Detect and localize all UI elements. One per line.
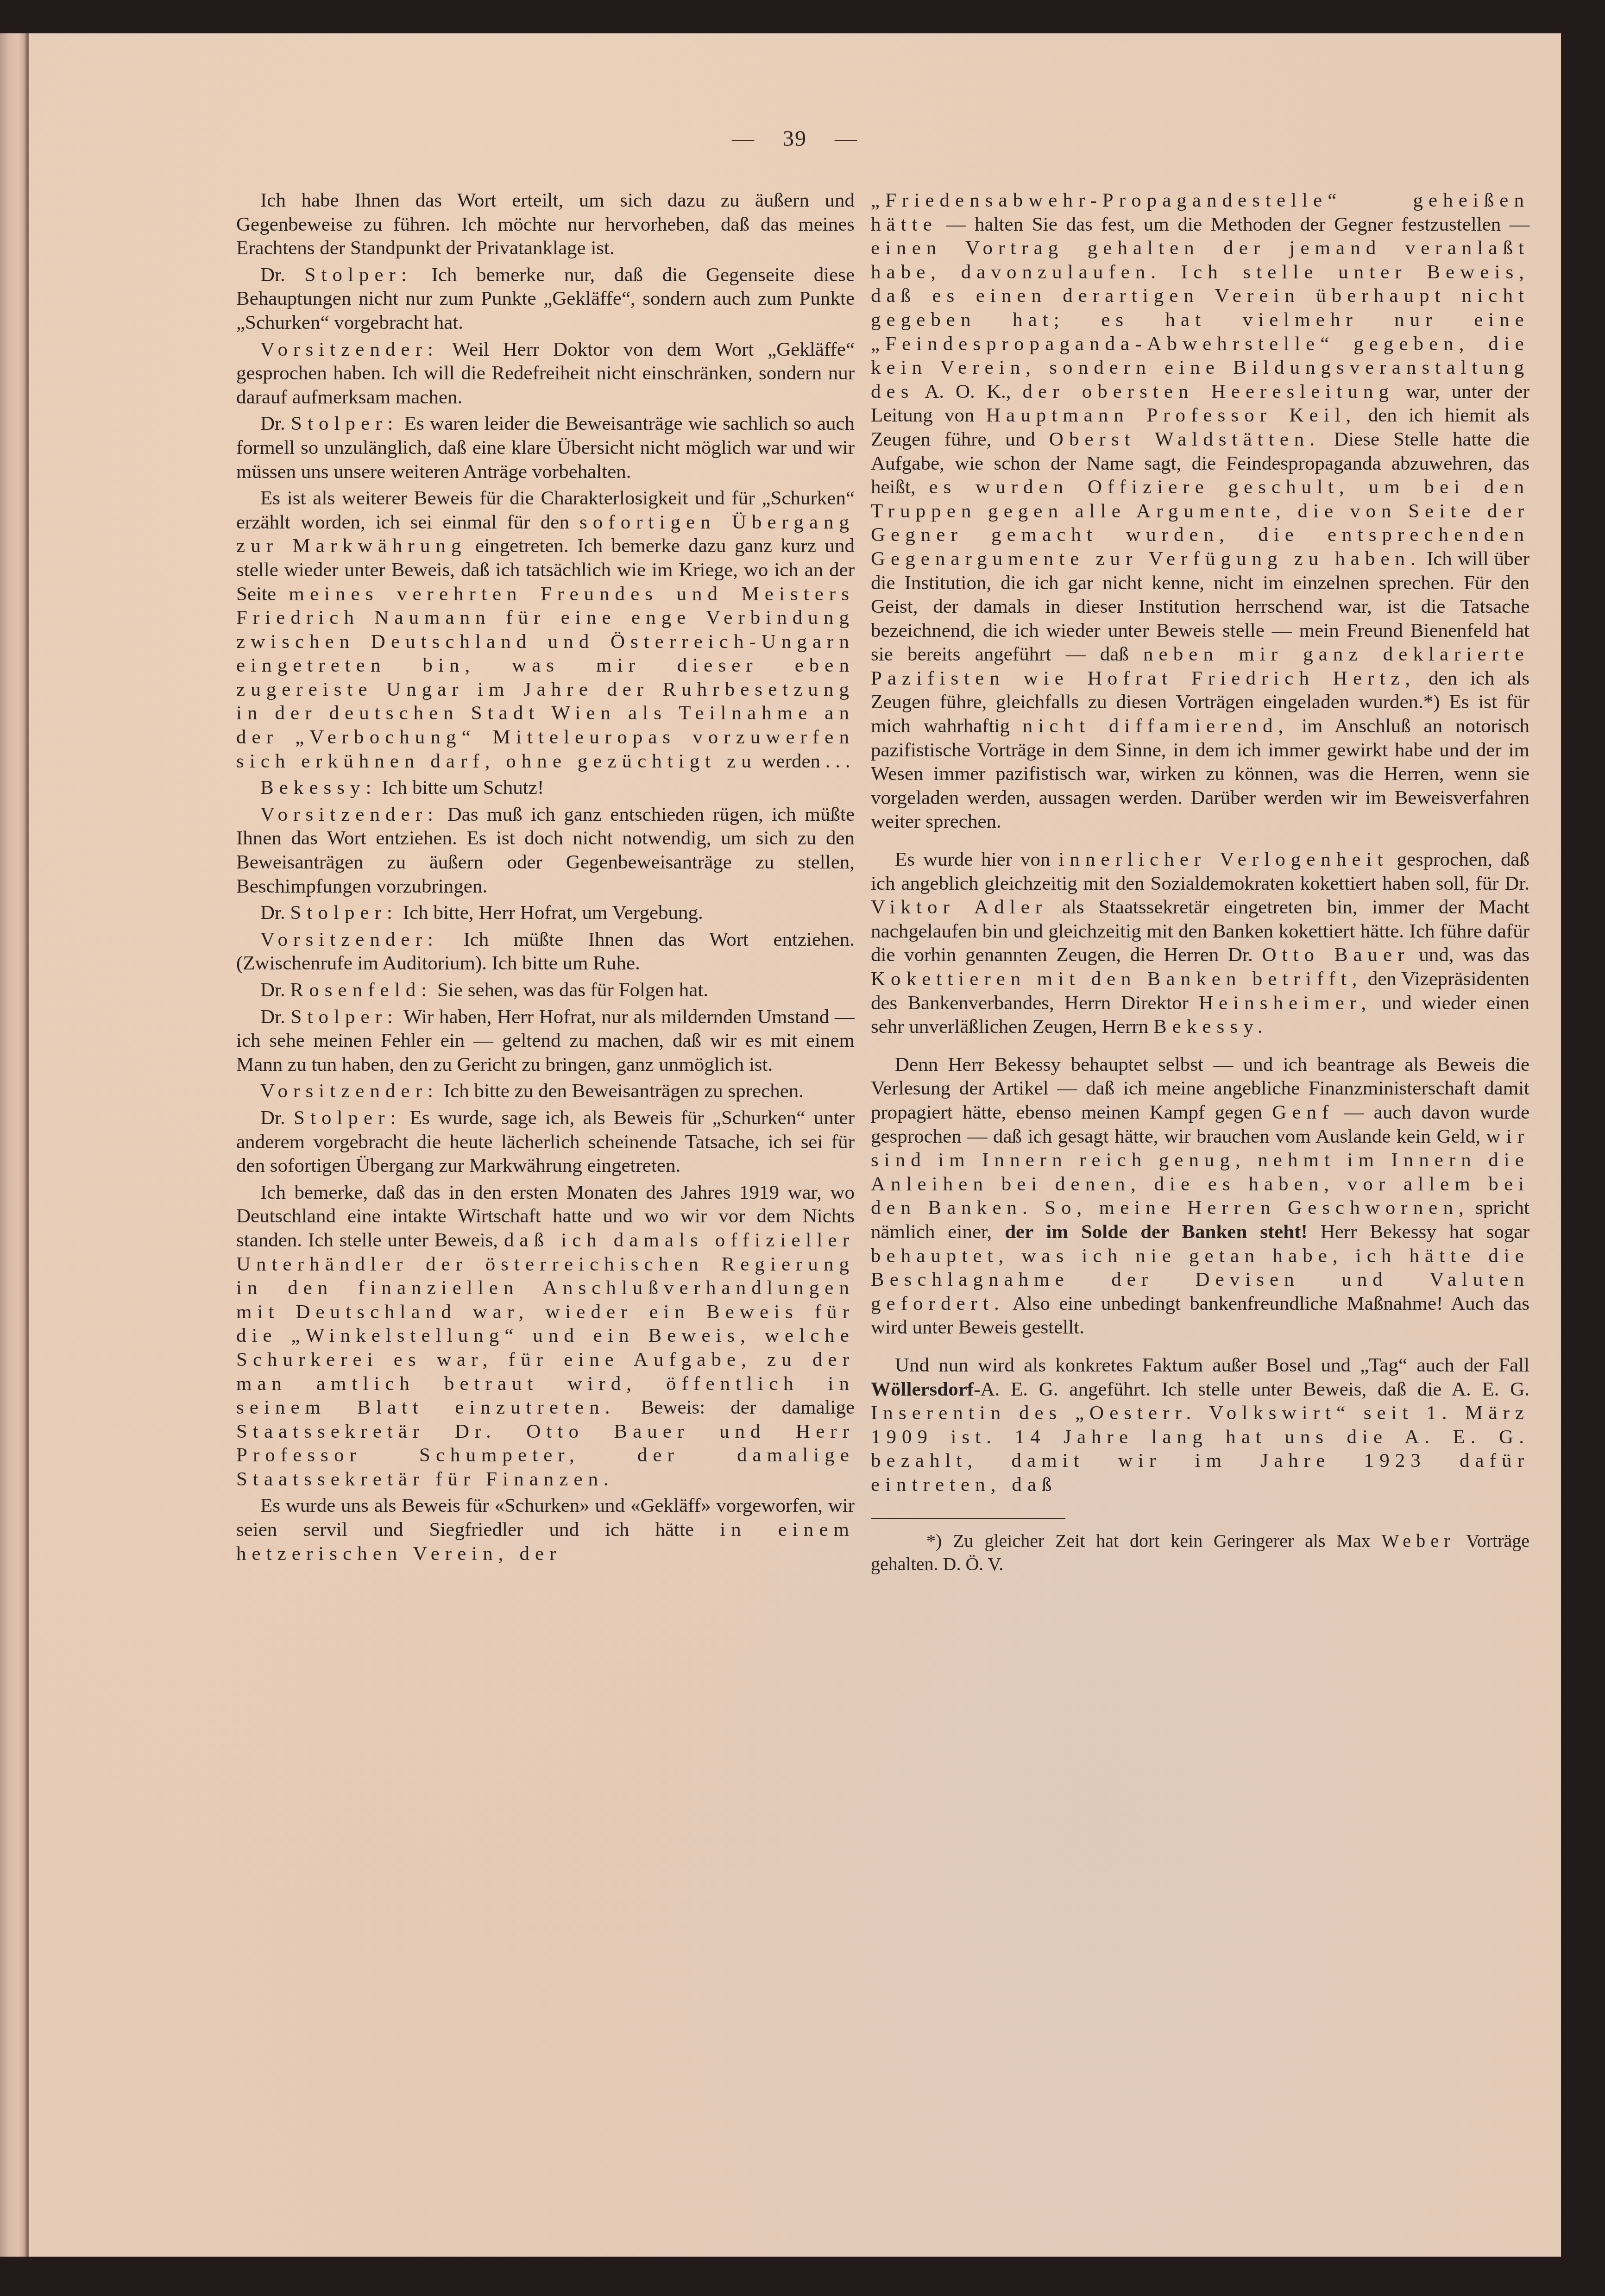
text-run: Es wurde hier von — [895, 849, 1058, 870]
emphasized-text: Bekessy: — [260, 777, 377, 799]
emphasized-text: Stolper: — [291, 1006, 398, 1028]
emphasized-text: der obersten Heeresleitung — [1023, 381, 1395, 403]
text-run: *) Zu gleicher Zeit hat dort kein Gering… — [926, 1530, 1382, 1551]
emphasized-text: Otto Bauer — [1262, 944, 1410, 966]
paragraph: Vorsitzender: Ich bitte zu den Beweisant… — [236, 1079, 855, 1103]
emphasized-text: Kokettieren mit den Banken betrifft, — [871, 968, 1362, 990]
page-number-dash-left: — — [732, 126, 755, 151]
text-run: Herr Bekessy hat sogar — [1308, 1221, 1529, 1243]
text-run: Dr. — [260, 979, 290, 1001]
paragraph: Dr. Stolper: Es waren leider die Beweisa… — [236, 412, 855, 484]
text-run: Dr. — [260, 413, 291, 434]
text-run: werden . . . — [757, 750, 850, 772]
emphasized-text: meines verehrten Freundes und Meisters F… — [236, 583, 855, 772]
emphasized-text: Genf — [1272, 1101, 1334, 1123]
emphasized-text: innerlicher Verlogenheit — [1058, 849, 1388, 870]
paragraph: Vorsitzender: Ich müßte Ihnen das Wort e… — [236, 928, 855, 975]
emphasized-text: Inserentin des „Oesterr. Volkswirt“ seit… — [871, 1402, 1529, 1496]
paragraph: Es ist als weiterer Beweis für die Chara… — [236, 486, 855, 773]
text-run: Ich bitte, Herr Hofrat, um Vergebung. — [398, 902, 703, 924]
emphasized-text: Heinsheimer, — [1199, 992, 1372, 1014]
footnote-rule — [871, 1518, 1065, 1519]
emphasized-text: Vorsitzender: — [260, 1080, 439, 1102]
page-number-dash-right: — — [835, 126, 858, 151]
text-run: Beweis: der damalige — [615, 1396, 855, 1418]
emphasized-text: daß ich damals offizieller Unterhändler … — [236, 1229, 855, 1418]
text-run: Und nun wird als konkretes Faktum außer … — [895, 1354, 1529, 1376]
emphasized-text: nicht diffamierend, — [1023, 715, 1289, 737]
emphasized-text: Oberst Waldstätten. — [1049, 428, 1320, 450]
paragraph: „Friedensabwehr-Propagandestelle“ geheiß… — [871, 189, 1529, 834]
text-run: -A. E. G. angeführt. Ich stelle unter Be… — [974, 1378, 1529, 1400]
paragraph: Bekessy: Ich bitte um Schutz! — [236, 776, 855, 800]
emphasized-text: Staatssekretär Dr. Otto Bauer und Herr P… — [236, 1421, 855, 1490]
bold-text: der im Solde der Banken steht! — [1005, 1221, 1308, 1243]
text-run: Sie sehen, was das für Folgen hat. — [432, 979, 708, 1001]
paragraph: Dr. Stolper: Ich bemerke nur, daß die Ge… — [236, 263, 855, 335]
paragraph: Vorsitzender: Das muß ich ganz entschied… — [236, 803, 855, 898]
paragraph: Dr. Stolper: Wir haben, Herr Hofrat, nur… — [236, 1005, 855, 1077]
emphasized-text: Bekessy. — [1153, 1016, 1268, 1038]
text-run: Ich habe Ihnen das Wort erteilt, um sich… — [236, 189, 855, 259]
text-run: — halten Sie das fest, um die Methoden d… — [938, 214, 1529, 235]
emphasized-text: Viktor Adler — [871, 896, 1047, 918]
emphasized-text: Vorsitzender: — [260, 339, 439, 360]
right-text-column: „Friedensabwehr-Propagandestelle“ geheiß… — [871, 189, 1529, 1576]
emphasized-text: Hauptmann Professor Keil, — [986, 404, 1357, 426]
text-run: Dr. — [260, 1006, 291, 1028]
emphasized-text: Stolper: — [304, 264, 412, 286]
paragraph: Dr. Stolper: Es wurde, sage ich, als Bew… — [236, 1106, 855, 1178]
paragraph: Dr. Stolper: Ich bitte, Herr Hofrat, um … — [236, 901, 855, 925]
emphasized-text: Vorsitzender: — [260, 804, 439, 825]
emphasized-text: Vorsitzender: — [260, 929, 439, 950]
right-column-body: „Friedensabwehr-Propagandestelle“ geheiß… — [871, 189, 1529, 1497]
page-number-value: 39 — [783, 126, 807, 151]
text-run: Dr. — [260, 1107, 294, 1129]
footnote: *) Zu gleicher Zeit hat dort kein Gering… — [871, 1529, 1529, 1576]
text-run: A. O. K., — [914, 381, 1022, 403]
emphasized-text: Stolper: — [291, 413, 398, 434]
paragraph: Denn Herr Bekessy behauptet selbst — und… — [871, 1053, 1529, 1340]
emphasized-text: Stolper: — [290, 902, 398, 924]
left-text-column: Ich habe Ihnen das Wort erteilt, um sich… — [236, 189, 855, 1568]
emphasized-text: Weber — [1382, 1530, 1455, 1551]
paragraph: Und nun wird als konkretes Faktum außer … — [871, 1353, 1529, 1497]
page-number: —39— — [29, 126, 1561, 151]
text-run: Dr. — [260, 902, 290, 924]
paragraph: Es wurde uns als Beweis für «Schurken» u… — [236, 1494, 855, 1566]
text-run: und, was das — [1410, 944, 1529, 966]
emphasized-text: einen Vortrag gehalten der jemand veranl… — [871, 237, 1529, 403]
paragraph: Ich bemerke, daß das in den ersten Monat… — [236, 1181, 855, 1491]
emphasized-text: Rosenfeld: — [290, 979, 433, 1001]
bold-text: Wöllersdorf — [871, 1378, 974, 1400]
paragraph: Ich habe Ihnen das Wort erteilt, um sich… — [236, 189, 855, 260]
paragraph: Vorsitzender: Weil Herr Doktor von dem W… — [236, 338, 855, 409]
text-run: Ich bitte zu den Beweisanträgen zu sprec… — [439, 1080, 804, 1102]
paragraph: Dr. Rosenfeld: Sie sehen, was das für Fo… — [236, 978, 855, 1002]
text-run: Ich bitte um Schutz! — [377, 777, 544, 799]
emphasized-text: Stolper: — [294, 1107, 401, 1129]
text-run: Dr. — [260, 264, 304, 286]
book-page: —39— Ich habe Ihnen das Wort erteilt, um… — [29, 33, 1561, 2257]
paragraph: Es wurde hier von innerlicher Verlogenhe… — [871, 848, 1529, 1039]
